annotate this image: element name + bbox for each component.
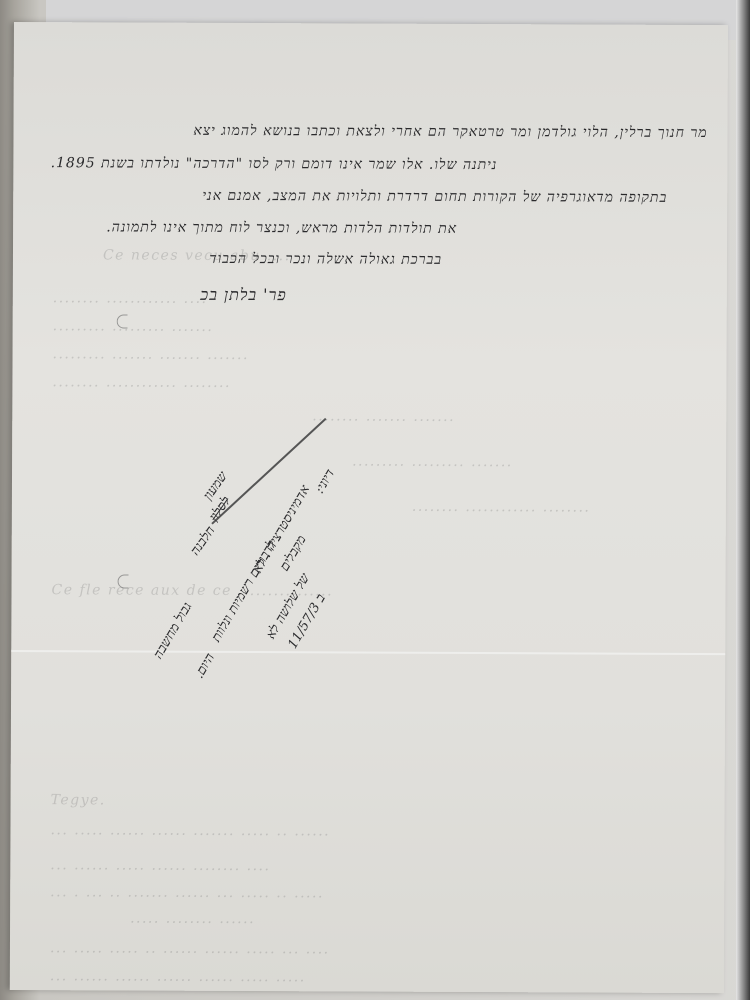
margin-note-header: חלבנה xyxy=(187,523,218,558)
margin-note-line: דיוני: xyxy=(311,466,338,496)
bleed-through-line: ........ ....... ....... xyxy=(312,408,455,425)
paper-fold xyxy=(11,650,725,655)
signature: פר' בלתן בכ xyxy=(200,285,286,305)
bleed-through-line: ... ..... ...... ...... ....... ..... ..… xyxy=(50,822,330,839)
letter-line-5: בברכת גאולה אשלה ונכר ובכל הכבוד xyxy=(209,251,442,269)
bleed-through-line: Tegye. xyxy=(51,792,106,808)
punch-hole-mark xyxy=(117,314,128,328)
bleed-through-line: ... . ... .. ....... ...... ... ..... ..… xyxy=(50,884,324,901)
punch-hole-mark xyxy=(118,574,129,588)
letter-line-1: מר חנוך ברלין, הלוי גולדמן ומר טרטאקר הם… xyxy=(193,123,707,142)
bleed-through-line: ......... ......... ....... xyxy=(352,453,513,470)
bleed-through-line: ... ...... ...... ...... ...... ..... ..… xyxy=(50,968,306,985)
table-edge xyxy=(736,0,750,1000)
bleed-through-line: ........ ............ .... xyxy=(53,290,208,307)
bleed-through-line: ........ ............ ........ xyxy=(52,374,231,391)
margin-note-line: היום. xyxy=(191,650,218,681)
bleed-through-line: ..... ........ ...... xyxy=(130,911,255,928)
bleed-through-line: ... ..... ..... .. ...... ...... ..... .… xyxy=(50,940,330,957)
letter-line-4: את תולדות הלדות מראש, וכנצר לוח מתוך אינ… xyxy=(106,219,457,238)
letter-line-2: ניתנה שלו. אלו שמר אינו דומם ורק לסו "הד… xyxy=(51,155,498,174)
bleed-through-line: ... ...... ..... ...... ........ .... xyxy=(50,857,270,874)
letter-page: Ce neces vecu abu .... ........ ........… xyxy=(10,22,728,993)
bleed-through-line: ........ ............ ........ xyxy=(412,499,591,516)
bleed-through-line: ......... ......... ....... xyxy=(53,318,214,335)
bleed-through-line: ......... ....... ....... ....... xyxy=(53,346,249,363)
letter-line-3: בתקופה מדאוגרפיה של הקורות תחום דרדרת ות… xyxy=(202,188,667,207)
